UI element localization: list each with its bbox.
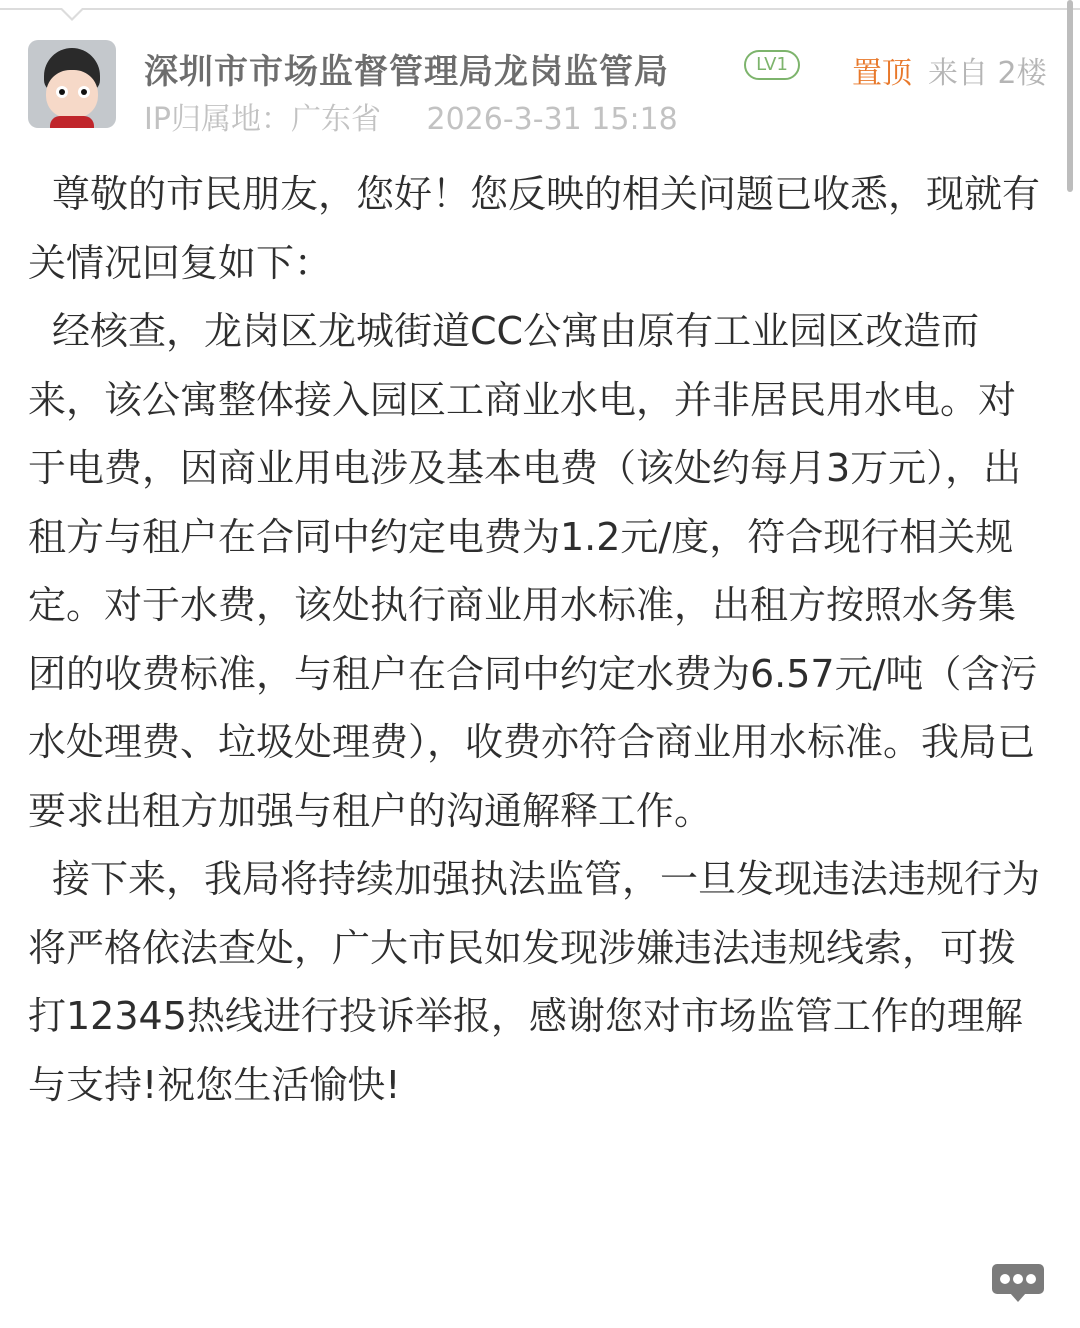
comment-bubble-tail [1010,1293,1026,1302]
ellipsis-dot [1013,1274,1023,1284]
post-timestamp: 2026-3-31 15:18 [427,102,678,137]
divider-notch-icon [60,9,84,21]
paragraph-closing: 接下来，我局将持续加强执法监管，一旦发现违法违规行为将严格依法查处，广大市民如发… [28,845,1048,1119]
pinned-label: 置顶 [852,48,912,92]
scrollbar[interactable] [1067,0,1073,192]
author-name[interactable]: 深圳市市场监督管理局龙岗监管局 [144,44,669,93]
ip-location: IP归属地：广东省 [144,102,381,137]
top-divider [0,8,1080,10]
avatar-eye [56,86,68,98]
avatar-shirt [50,116,94,128]
avatar[interactable] [28,40,116,128]
floor-label: 来自 2楼 [928,48,1047,92]
comment-button[interactable] [992,1264,1044,1304]
avatar-face [46,70,98,118]
ellipsis-dot [1026,1274,1036,1284]
post-body: 尊敬的市民朋友，您好！您反映的相关问题已收悉，现就有关情况回复如下： 经核查，龙… [28,160,1048,1119]
ellipsis-dot [1000,1274,1010,1284]
level-badge: LV1 [744,50,800,80]
avatar-eye [78,86,90,98]
post-meta: IP归属地：广东省 2026-3-31 15:18 [144,94,678,138]
paragraph-findings: 经核查，龙岗区龙城街道CC公寓由原有工业园区改造而来，该公寓整体接入园区工商业水… [28,297,1048,845]
paragraph-greeting: 尊敬的市民朋友，您好！您反映的相关问题已收悉，现就有关情况回复如下： [28,160,1048,297]
